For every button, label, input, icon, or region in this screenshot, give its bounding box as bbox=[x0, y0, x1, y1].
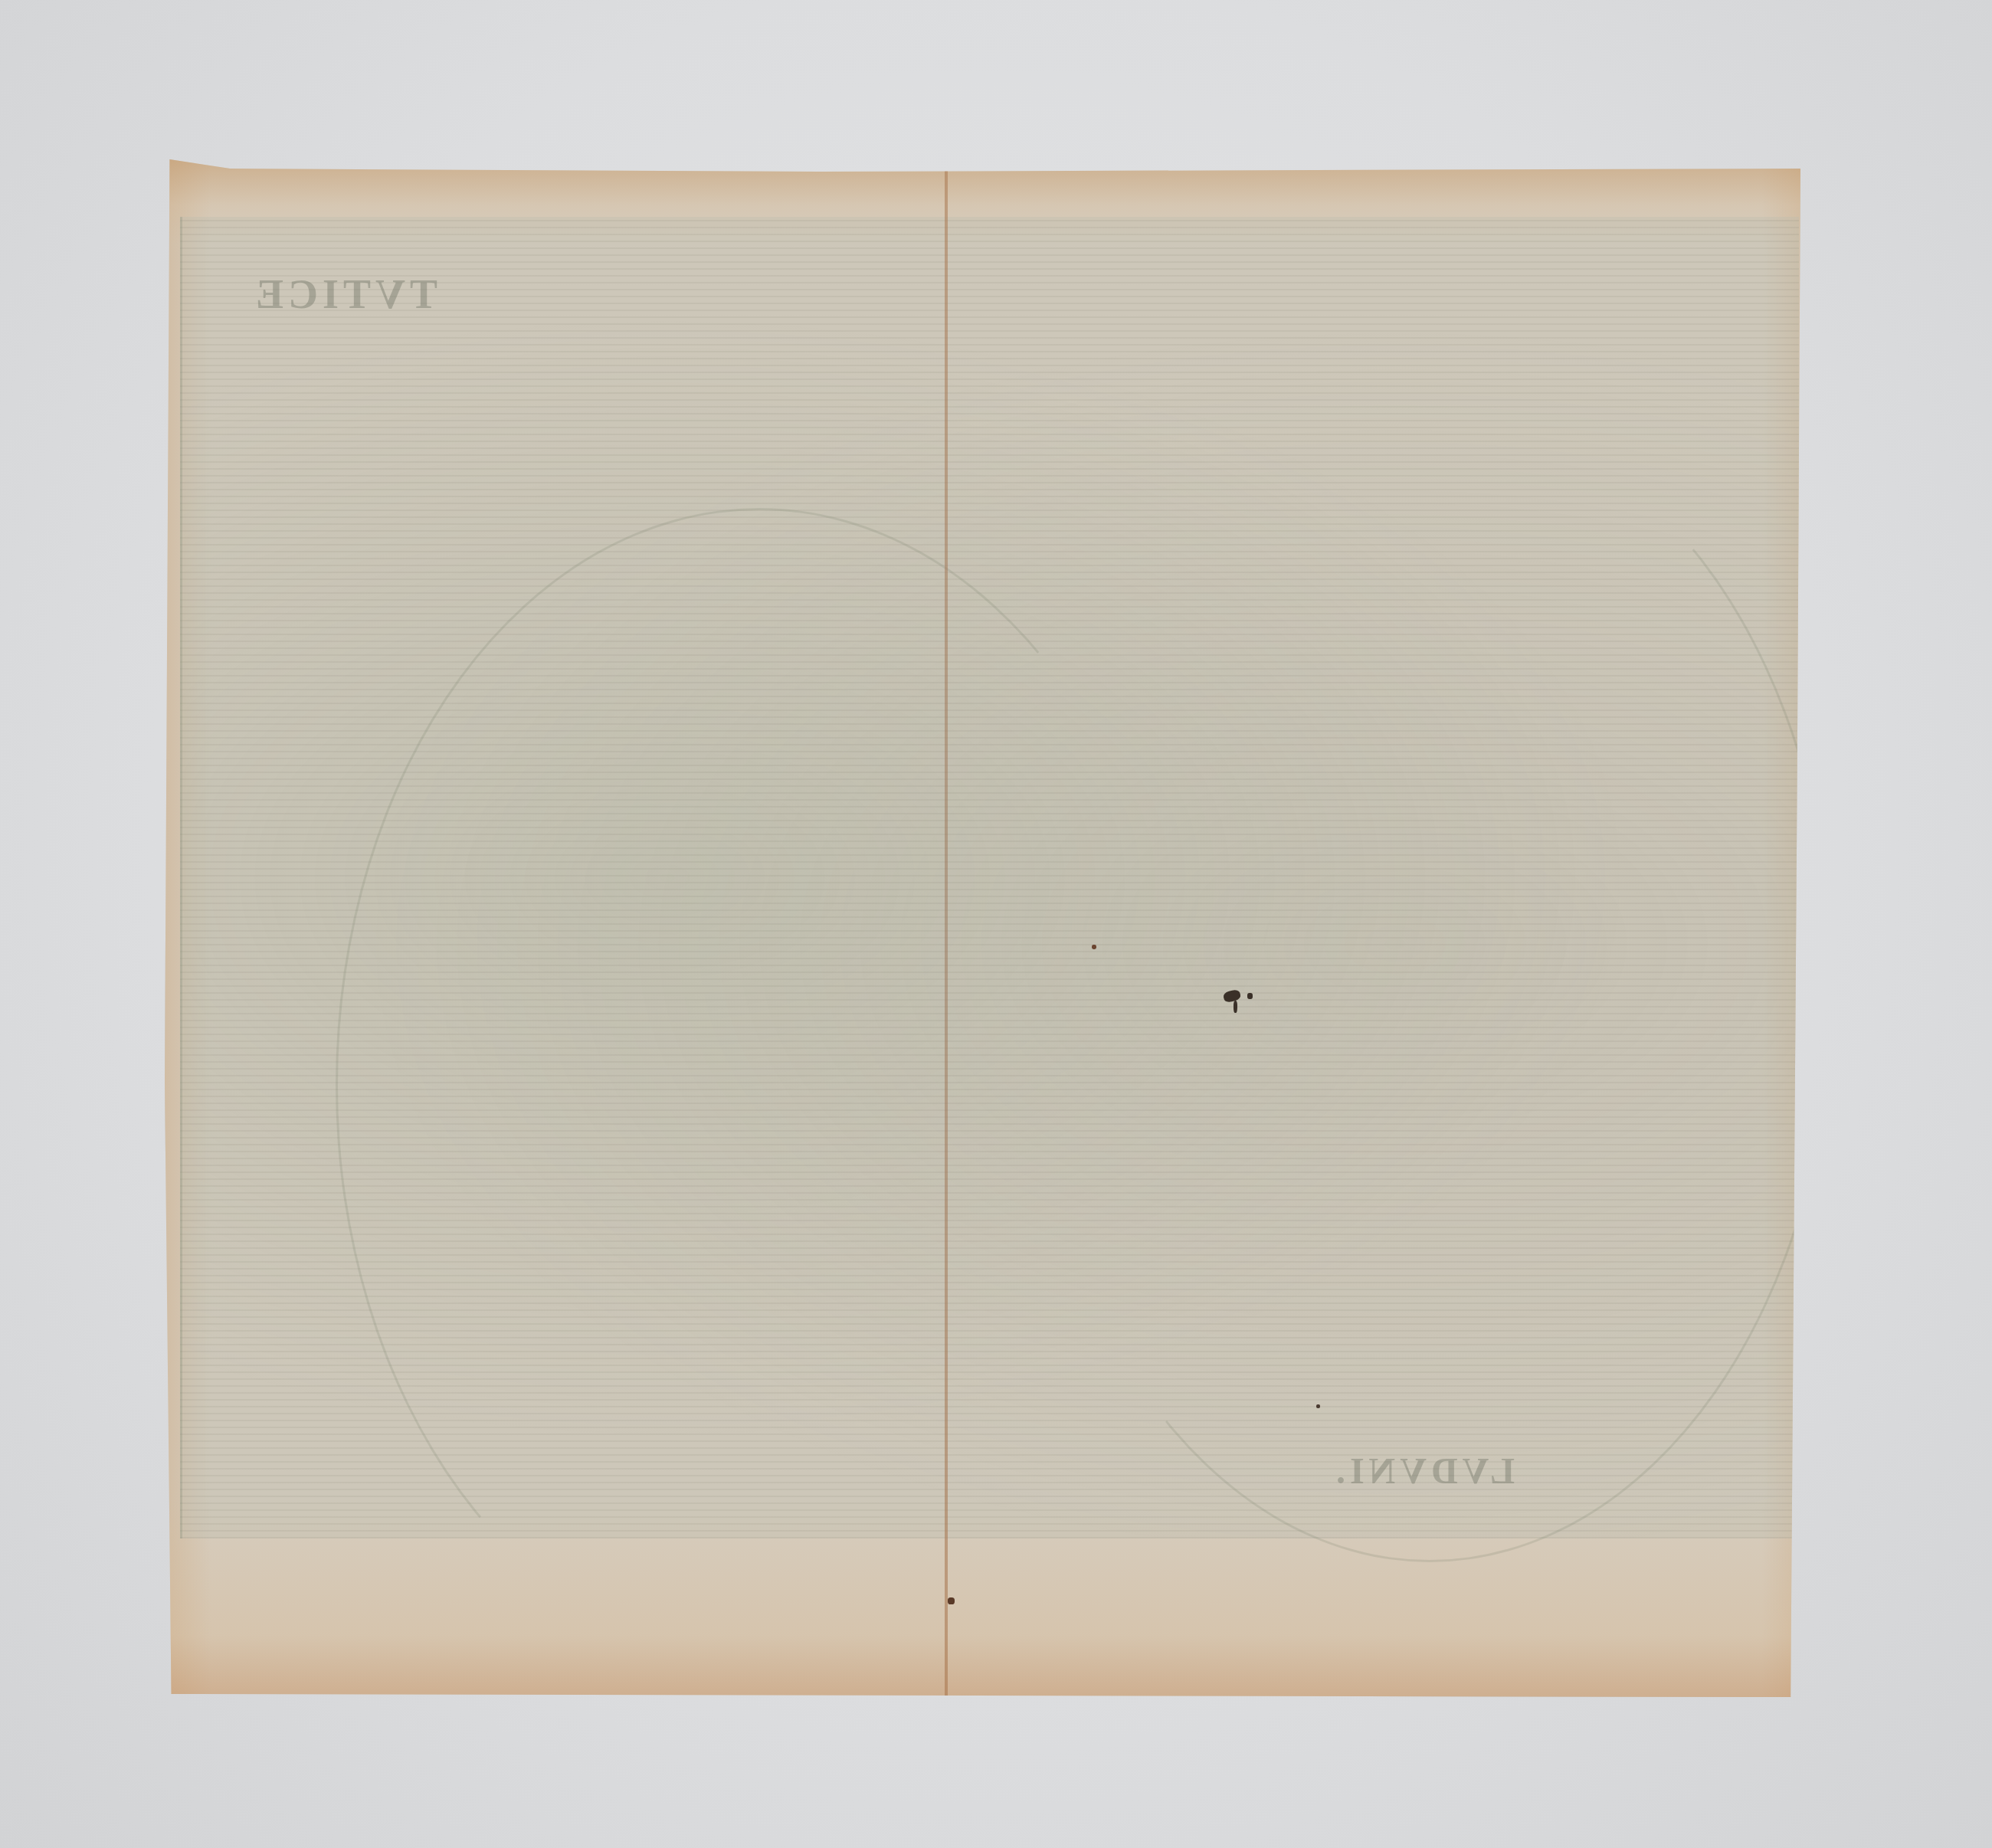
foxing-spot bbox=[1316, 1404, 1320, 1408]
show-through-title-text: TVTICE bbox=[251, 270, 437, 318]
foxing-spot bbox=[1234, 1001, 1237, 1013]
show-through-caption-text: LVDVNI. bbox=[1332, 1450, 1515, 1492]
paper-sheet: TVTICE LVDVNI. bbox=[165, 159, 1800, 1697]
plate-mark-area: TVTICE LVDVNI. bbox=[180, 217, 1799, 1538]
foxing-spot bbox=[948, 1597, 955, 1604]
foxing-spot bbox=[1247, 993, 1253, 999]
foxing-spot bbox=[1092, 945, 1096, 949]
center-fold-line bbox=[945, 159, 948, 1697]
show-through-cartouche-arc-right bbox=[1025, 408, 1834, 1562]
